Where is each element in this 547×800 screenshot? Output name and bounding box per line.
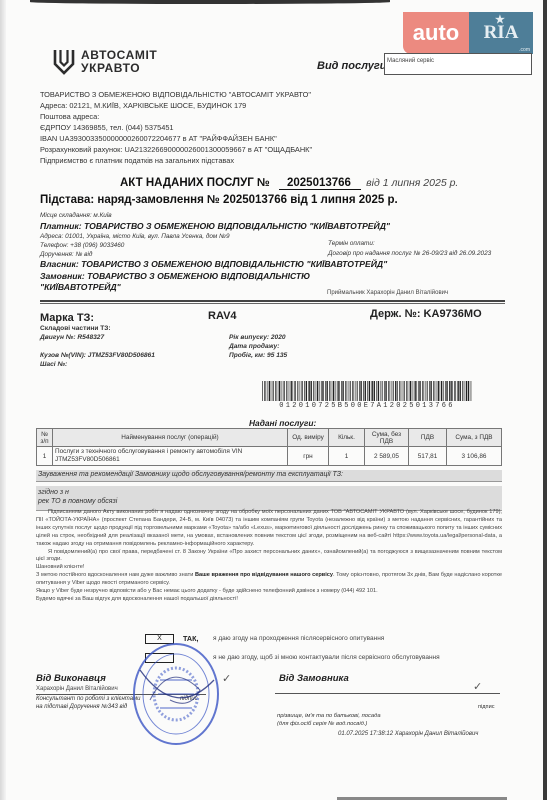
executor-tick-icon: ✓: [222, 672, 231, 685]
vehicle-chassis: Шасі №:: [40, 361, 67, 368]
payer-address: Адреса: 01001, Україна, місто Київ, вул.…: [40, 233, 230, 240]
customer-sign-line: [275, 693, 500, 694]
customer-line1: Замовник: ТОВАРИСТВО З ОБМЕЖЕНОЮ ВІДПОВІ…: [40, 271, 310, 281]
consent-p3: З метою постійного вдосконалення нам дуж…: [36, 572, 502, 588]
shield-logo-icon: [53, 48, 75, 76]
cell-vat: 517,81: [409, 447, 447, 466]
place-of-issue: Місце складання: м.Київ: [40, 212, 112, 219]
company-edrpou: ЄДРПОУ 14369855, тел. (044) 5375451: [40, 122, 312, 133]
survey-no-text: я не даю згоду, щоб зі мною контактували…: [213, 654, 440, 661]
col-number: № з/п: [37, 429, 53, 447]
logo-line2: УКРАВТО: [81, 62, 157, 75]
customer-sign-caption: підпис: [478, 704, 495, 710]
col-vat: ПДВ: [409, 429, 447, 447]
customer-hint-id: (для фіз.осіб серія № вод.посвід.): [277, 721, 367, 727]
consent-p2: Я повідомлений(а) про свої права, передб…: [36, 549, 502, 565]
cell-qty: 1: [329, 447, 365, 466]
col-sum-no-vat: Сума, без ПДВ: [365, 429, 409, 447]
remarks-title: Зауваження та рекомендації Замовнику щод…: [36, 470, 502, 482]
watermark-auto: auto: [403, 12, 469, 54]
service-type-label: Вид послуги: [317, 60, 386, 72]
vehicle-engine: Двигун №: R548327: [40, 334, 104, 341]
owner: Власник: ТОВАРИСТВО З ОБМЕЖЕНОЮ ВІДПОВІД…: [40, 259, 387, 269]
act-title: АКТ НАДАНИХ ПОСЛУГ № 2025013766 від 1 ли…: [120, 177, 458, 190]
consent-p5: Будемо вдячні за Ваш відгук для вдоскона…: [36, 596, 502, 604]
cell-unit: грн: [288, 447, 329, 466]
receiver: Приймальник Харахорін Данил Віталійович: [327, 290, 448, 296]
autoria-watermark: auto ★ RIA .com: [403, 12, 533, 54]
power-of-attorney: Доручення: № від: [40, 251, 92, 258]
consent-text: Підписанням даного Акту виконаних робіт …: [36, 509, 502, 604]
col-name: Найменування послуг (операцій): [53, 429, 288, 447]
company-logo: АВТОСАМІТ УКРАВТО: [53, 48, 157, 76]
barcode-number: 012010725B500E7A12025013766: [262, 402, 472, 410]
act-date: від 1 липня 2025 р.: [366, 177, 458, 189]
table-row: 1 Послуги з технічного обслуговування і …: [37, 447, 502, 466]
company-iban: IBAN UA393003350000000260072204677 в АТ …: [40, 133, 312, 144]
executor-role: Консультант по роботі з клієнтами: [36, 696, 141, 702]
customer-line2: "КИЇВАВТОТРЕЙД": [40, 282, 121, 292]
customer-tick-icon: ✓: [473, 680, 482, 693]
signature-timestamp: 01.07.2025 17:38:12 Харахорін Данил Віта…: [338, 731, 478, 737]
col-qty: Кільк.: [329, 429, 365, 447]
consent-p4: Якщо у Viber буде незручно відповісти аб…: [36, 588, 502, 596]
executor-authority: на підставі Доручення №343 від: [36, 704, 127, 710]
vehicle-mileage: Пробіг, км: 95 135: [229, 352, 287, 359]
scan-edge-right: [543, 0, 547, 800]
service-type-field: Масляний сервіс: [384, 53, 532, 75]
consent-p1: Підписанням даного Акту виконаних робіт …: [36, 509, 502, 549]
table-header: № з/п Найменування послуг (операцій) Од.…: [37, 429, 502, 447]
company-account: Розрахунковий рахунок: UA213226690000026…: [40, 144, 312, 155]
divider: [40, 300, 505, 304]
act-number: 2025013766: [279, 177, 361, 190]
customer-hint-name: прізвище, ім'я та по батькові, посада: [277, 713, 381, 719]
scan-shadow-top: [30, 0, 390, 4]
col-sum-vat: Сума, з ПДВ: [447, 429, 502, 447]
services-table: № з/п Найменування послуг (операцій) Од.…: [36, 428, 502, 466]
act-basis: Підстава: наряд-замовлення № 2025013766 …: [40, 194, 398, 206]
cell-name: Послуги з технічного обслуговування і ре…: [53, 447, 288, 466]
vehicle-model: RAV4: [208, 310, 237, 322]
company-postal: Поштова адреса:: [40, 111, 312, 122]
company-details: ТОВАРИСТВО З ОБМЕЖЕНОЮ ВІДПОВІДАЛЬНІСТЮ …: [40, 89, 312, 166]
watermark-ria: ★ RIA .com: [469, 12, 533, 54]
vehicle-vin: Кузов №(VIN): JTMZ53FV80D506861: [40, 352, 155, 359]
cell-sum-no-vat: 2 589,05: [365, 447, 409, 466]
scan-edge-left: [0, 0, 6, 800]
company-name: ТОВАРИСТВО З ОБМЕЖЕНОЮ ВІДПОВІДАЛЬНІСТЮ …: [40, 89, 312, 100]
remarks-block: Зауваження та рекомендації Замовнику щод…: [36, 470, 502, 511]
barcode: [262, 381, 472, 401]
payer-phone: Телефон: +38 (096) 9033460: [40, 242, 124, 249]
vehicle-year: Рік випуску: 2020: [229, 334, 286, 341]
contract: Договір про надання послуг № 26-09/23 ві…: [328, 250, 491, 257]
payment-term: Термін оплати:: [328, 240, 375, 247]
remarks-text: згідно з н рек ТО в повному обсязі: [36, 486, 502, 511]
customer-title: Від Замовника: [279, 673, 349, 684]
star-icon: ★: [495, 13, 505, 26]
executor-title: Від Виконавця: [36, 673, 106, 684]
payer: Платник: ТОВАРИСТВО З ОБМЕЖЕНОЮ ВІДПОВІД…: [40, 221, 390, 231]
col-unit: Од. виміру: [288, 429, 329, 447]
services-title: Надані послуги:: [249, 418, 316, 428]
vehicle-brand-label: Марка ТЗ:: [40, 312, 94, 324]
company-stamp-icon: [130, 640, 222, 748]
vehicle-sale-date: Дата продажу:: [229, 343, 279, 350]
cell-sum-vat: 3 106,86: [447, 447, 502, 466]
survey-yes-text: я даю згоду на проходження післясервісно…: [213, 635, 384, 642]
cell-number: 1: [37, 447, 53, 466]
company-address: Адреса: 02121, М.КИЇВ, ХАРКІВСЬКЕ ШОСЕ, …: [40, 100, 312, 111]
executor-name: Харахорін Данил Віталійович: [36, 686, 118, 692]
vehicle-plate: Держ. №: KA9736MO: [370, 308, 482, 320]
company-tax: Підприємство є платник податків на загал…: [40, 155, 312, 166]
vehicle-parts: Складові частини ТЗ:: [40, 325, 111, 332]
